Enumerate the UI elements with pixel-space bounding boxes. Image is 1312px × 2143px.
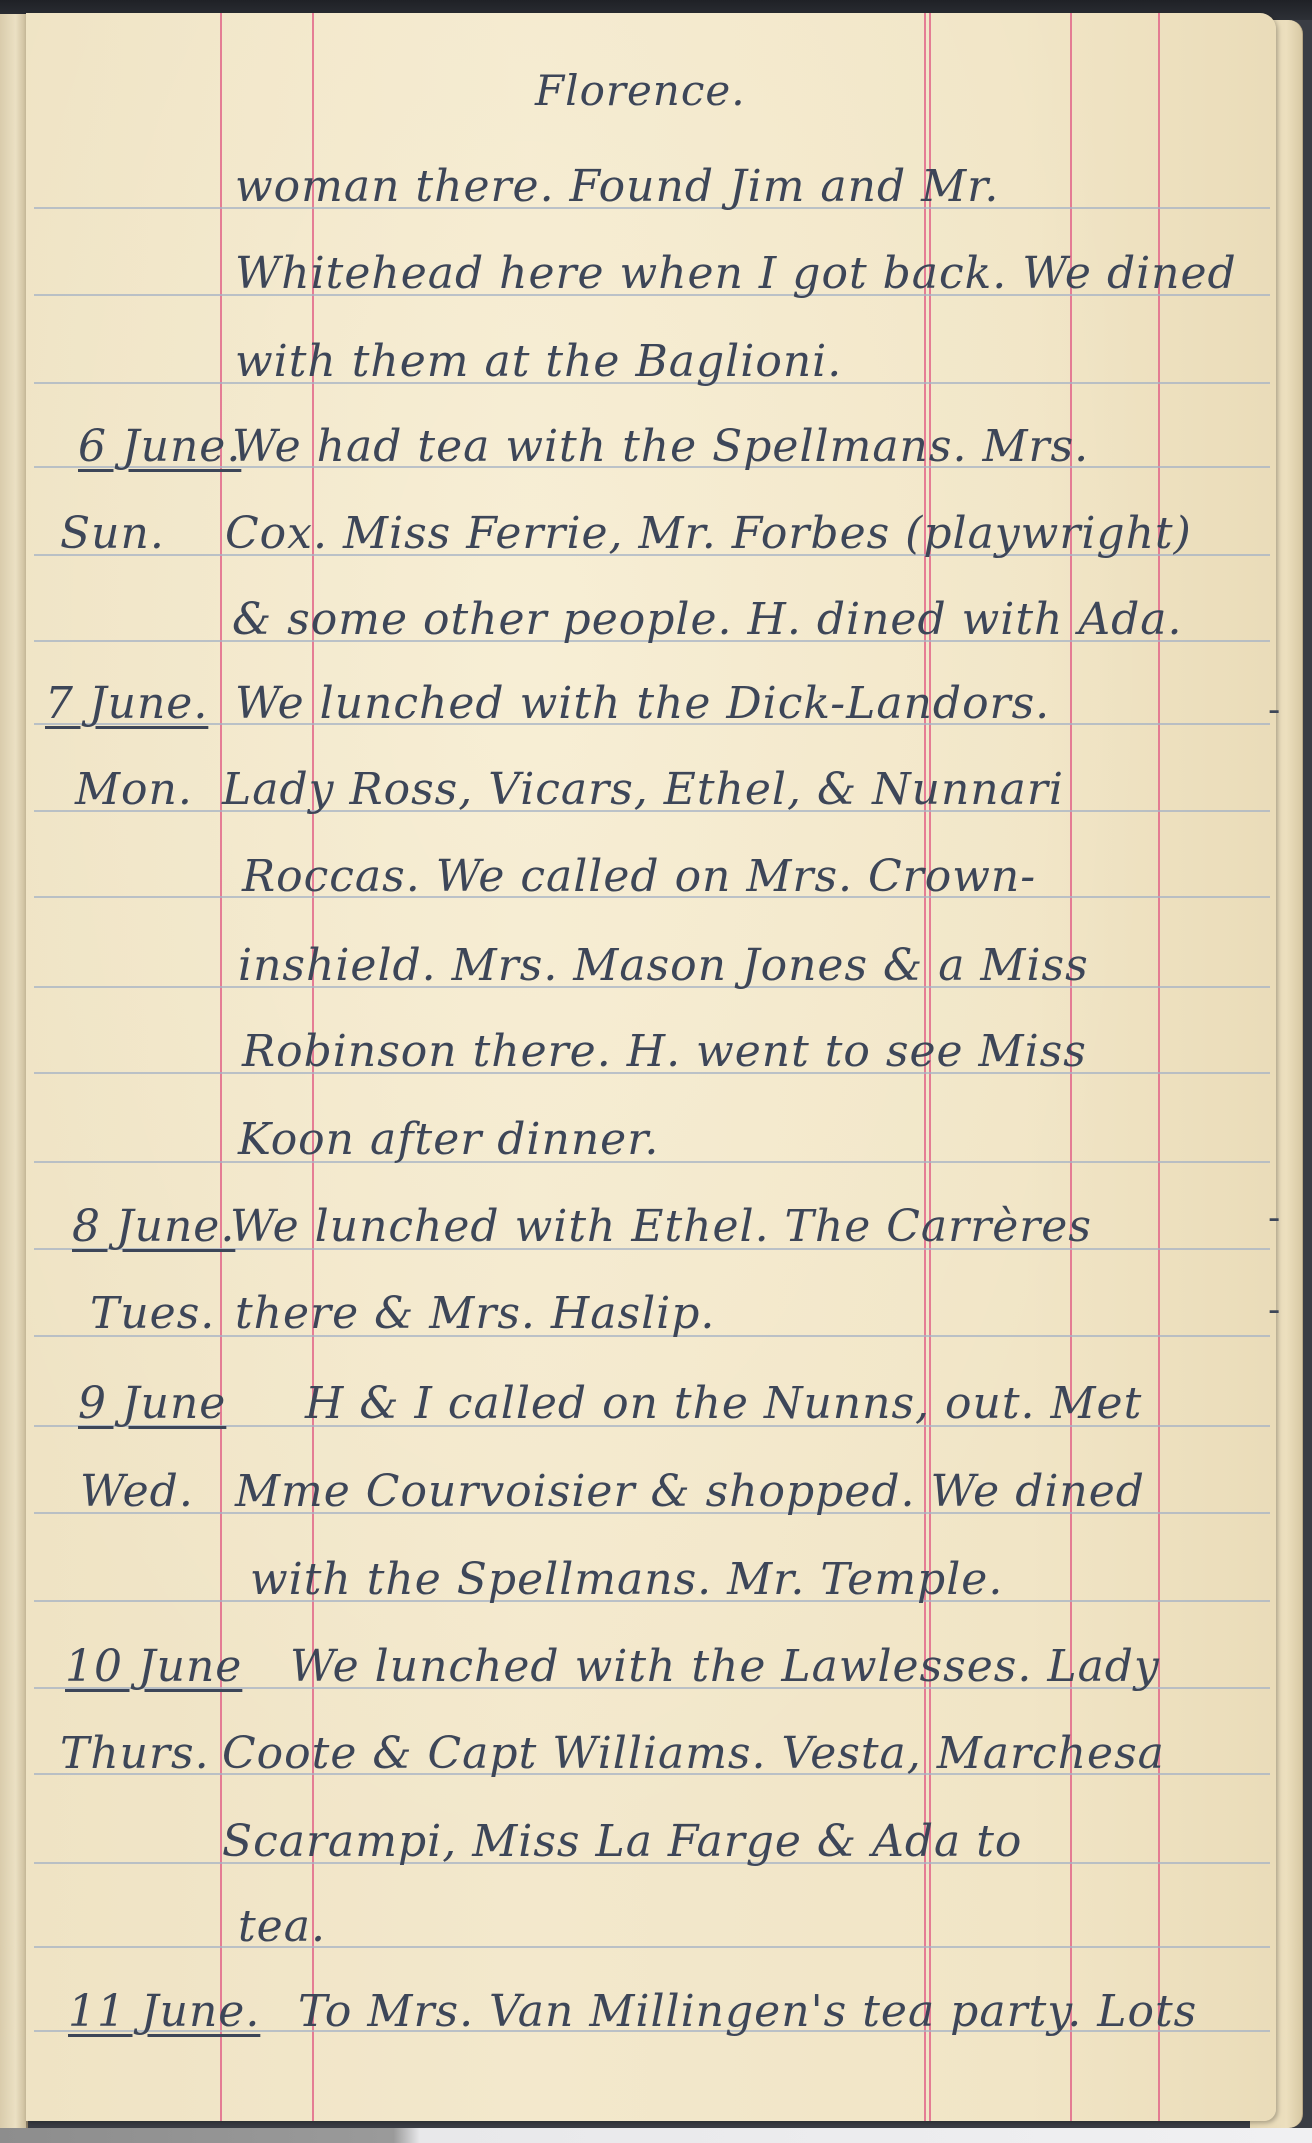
entry-weekday: Mon. <box>75 768 193 812</box>
edge-mark: - <box>1268 1198 1280 1238</box>
margin-rule-left <box>220 13 222 2121</box>
entry-line: We lunched with the Lawlesses. Lady <box>290 1645 1160 1689</box>
entry-line: with the Spellmans. Mr. Temple. <box>250 1558 1003 1602</box>
entry-line: woman there. Found Jim and Mr. <box>235 165 999 209</box>
edge-mark: - <box>1268 690 1280 730</box>
entry-line: We lunched with Ethel. The Carrères <box>230 1205 1092 1249</box>
entry-line: with them at the Baglioni. <box>235 340 842 384</box>
entry-weekday: Tues. <box>90 1292 215 1336</box>
entry-date: 11 June. <box>68 1990 260 2034</box>
scan-backdrop-bottom <box>0 2128 1312 2143</box>
entry-line: H & I called on the Nunns, out. Met <box>305 1382 1142 1426</box>
ruled-line <box>34 1946 1270 1948</box>
entry-line: Roccas. We called on Mrs. Crown- <box>242 855 1036 899</box>
entry-line: Koon after dinner. <box>238 1118 659 1162</box>
entry-line: Scarampi, Miss La Farge & Ada to <box>222 1820 1022 1864</box>
entry-line: We had tea with the Spellmans. Mrs. <box>232 425 1089 469</box>
entry-line: & some other people. H. dined with Ada. <box>232 598 1183 642</box>
entry-line: To Mrs. Van Millingen's tea party. Lots <box>298 1990 1197 2034</box>
column-rule-3 <box>1158 13 1160 2121</box>
page-heading: Florence. <box>535 70 746 112</box>
entry-line: Lady Ross, Vicars, Ethel, & Nunnari <box>222 768 1064 812</box>
entry-weekday: Thurs. <box>60 1732 210 1776</box>
entry-date: 10 June <box>65 1645 242 1689</box>
entry-line: there & Mrs. Haslip. <box>235 1292 715 1336</box>
facing-page-edge <box>0 14 28 2129</box>
entry-date: 7 June. <box>45 682 208 726</box>
entry-line: inshield. Mrs. Mason Jones & a Miss <box>238 944 1089 988</box>
entry-weekday: Wed. <box>80 1470 194 1514</box>
entry-line: Cox. Miss Ferrie, Mr. Forbes (playwright… <box>225 512 1192 556</box>
entry-date: 6 June. <box>78 425 241 469</box>
entry-line: Mme Courvoisier & shopped. We dined <box>235 1470 1145 1514</box>
entry-line: Coote & Capt Williams. Vesta, Marchesa <box>222 1732 1165 1776</box>
edge-mark: - <box>1268 1290 1280 1330</box>
entry-line: tea. <box>238 1905 326 1949</box>
entry-line: Robinson there. H. went to see Miss <box>242 1030 1087 1074</box>
entry-weekday: Sun. <box>60 512 165 556</box>
entry-date: 9 June <box>78 1382 226 1426</box>
entry-date: 8 June. <box>72 1205 235 1249</box>
entry-line: Whitehead here when I got back. We dined <box>235 252 1237 296</box>
entry-line: We lunched with the Dick-Landors. <box>235 682 1050 726</box>
